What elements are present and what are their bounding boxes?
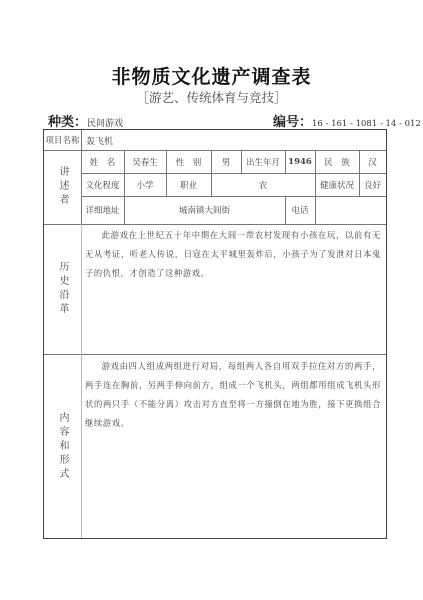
education-value: 小学	[124, 173, 166, 196]
phone-label: 电话	[285, 196, 315, 224]
category-label: 种类：	[48, 115, 87, 130]
col-divider	[81, 224, 82, 538]
survey-table: 项目名称 轰飞机 讲述者 姓 名 吴春生 性 别 男 出生年月 1946 民 族…	[43, 129, 387, 539]
health-label: 健康状况	[315, 173, 359, 196]
name-value: 吴春生	[124, 150, 166, 173]
gender-label: 性 别	[166, 150, 211, 173]
name-label: 姓 名	[81, 150, 124, 173]
form-subtitle: ［游艺、传统体育与竞技］	[0, 88, 423, 106]
content-text: 游戏由四人组成两组进行对局，每组两人各自用双手拉住对方的两手，两手连在胸前，另两…	[85, 357, 381, 433]
form-title: 非物质文化遗产调查表	[0, 62, 423, 89]
occupation-value: 农	[211, 173, 315, 196]
history-text: 此游戏在上世纪五十年中期在大闾一带农村发现有小孩在玩，以前有无无从考证，听老人传…	[85, 226, 381, 283]
row-divider	[44, 354, 386, 355]
project-name-label: 项目名称	[44, 130, 81, 150]
history-label: 历史沿革	[44, 224, 81, 354]
category-value: 民间游戏	[87, 119, 123, 129]
category-field: 种类：民间游戏	[48, 111, 123, 130]
serial-field: 编号：16 - 161 - 1081 - 14 - 012	[273, 111, 421, 130]
gender-value: 男	[211, 150, 241, 173]
project-name-value: 轰飞机	[81, 130, 386, 150]
address-label: 详细地址	[81, 196, 124, 224]
health-value: 良好	[359, 173, 386, 196]
address-value: 城南镇大闾街	[124, 196, 285, 224]
narrator-section-label: 讲述者	[44, 150, 81, 224]
education-label: 文化程度	[81, 173, 124, 196]
birth-value: 1946	[285, 150, 315, 173]
row-divider	[44, 224, 386, 225]
serial-label: 编号：	[273, 115, 312, 130]
phone-value	[315, 196, 386, 224]
birth-label: 出生年月	[241, 150, 285, 173]
content-label: 内容和形式	[44, 354, 81, 540]
ethnicity-label: 民 族	[315, 150, 359, 173]
ethnicity-value: 汉	[359, 150, 386, 173]
serial-value: 16 - 161 - 1081 - 14 - 012	[312, 119, 421, 129]
occupation-label: 职业	[166, 173, 211, 196]
